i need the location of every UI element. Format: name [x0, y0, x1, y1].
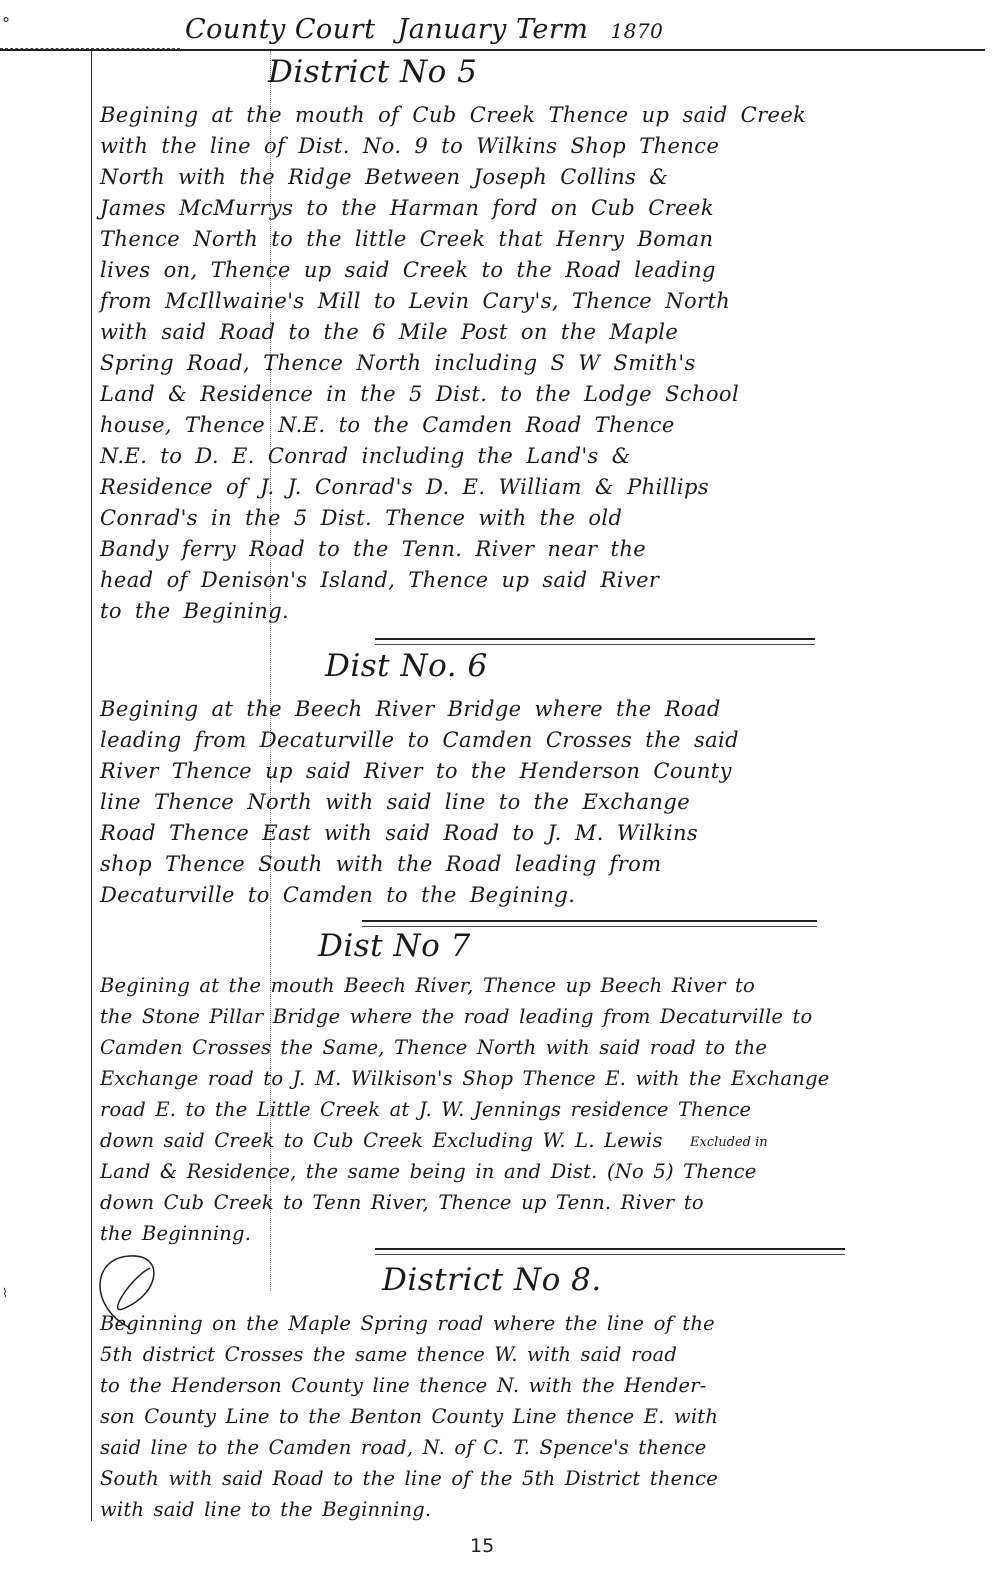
- text-line: with the line of Dist. No. 9 to Wilkins …: [100, 131, 900, 162]
- ledger-page: ° ⌇ County Court January Term 1870 Distr…: [0, 0, 1000, 1572]
- text-line: Camden Crosses the Same, Thence North wi…: [100, 1032, 900, 1063]
- text-line: Begining at the mouth of Cub Creek Thenc…: [100, 100, 900, 131]
- text-line: Residence of J. J. Conrad's D. E. Willia…: [100, 472, 900, 503]
- text-line: to the Begining.: [100, 596, 900, 627]
- section-separator: [375, 638, 815, 640]
- section-title-district-7: Dist No 7: [318, 928, 471, 964]
- text-line: Land & Residence, the same being in and …: [100, 1156, 900, 1187]
- text-line: to the Henderson County line thence N. w…: [100, 1370, 900, 1401]
- text-line: line Thence North with said line to the …: [100, 787, 900, 818]
- term-name: January Term: [397, 14, 588, 45]
- text-line: said line to the Camden road, N. of C. T…: [100, 1432, 900, 1463]
- page-number: 15: [470, 1535, 494, 1557]
- section-separator: [375, 1248, 845, 1250]
- text-line: Land & Residence in the 5 Dist. to the L…: [100, 379, 900, 410]
- text-line: Spring Road, Thence North including S W …: [100, 348, 900, 379]
- text-line: Beginning on the Maple Spring road where…: [100, 1308, 900, 1339]
- section-separator: [375, 1254, 845, 1255]
- section-body-district-7: Begining at the mouth Beech River, Thenc…: [100, 970, 900, 1249]
- section-body-district-6: Begining at the Beech River Bridge where…: [100, 694, 900, 911]
- header-rule: [0, 49, 985, 51]
- text-line: Begining at the mouth Beech River, Thenc…: [100, 970, 900, 1001]
- header-rule-dashed: [0, 48, 180, 49]
- text-line: South with said Road to the line of the …: [100, 1463, 900, 1494]
- text-line: 5th district Crosses the same thence W. …: [100, 1339, 900, 1370]
- text-line: with said line to the Beginning.: [100, 1494, 900, 1525]
- text-line: N.E. to D. E. Conrad including the Land'…: [100, 441, 900, 472]
- text-line: down said Creek to Cub Creek Excluding W…: [100, 1125, 900, 1156]
- text-line: from McIllwaine's Mill to Levin Cary's, …: [100, 286, 900, 317]
- text-line: Bandy ferry Road to the Tenn. River near…: [100, 534, 900, 565]
- section-title-district-6: Dist No. 6: [325, 648, 488, 684]
- text-line: head of Denison's Island, Thence up said…: [100, 565, 900, 596]
- margin-mark: ⌇: [2, 1286, 8, 1300]
- text-line: Exchange road to J. M. Wilkison's Shop T…: [100, 1063, 900, 1094]
- section-body-district-5: Begining at the mouth of Cub Creek Thenc…: [100, 100, 900, 627]
- text-line: James McMurrys to the Harman ford on Cub…: [100, 193, 900, 224]
- section-title-district-8: District No 8.: [382, 1262, 602, 1298]
- text-line: shop Thence South with the Road leading …: [100, 849, 900, 880]
- term-year: 1870: [610, 19, 663, 43]
- text-line: Decaturville to Camden to the Begining.: [100, 880, 900, 911]
- section-separator: [375, 644, 815, 645]
- text-line: road E. to the Little Creek at J. W. Jen…: [100, 1094, 900, 1125]
- section-separator: [362, 926, 817, 927]
- text-line: Thence North to the little Creek that He…: [100, 224, 900, 255]
- text-line: Conrad's in the 5 Dist. Thence with the …: [100, 503, 900, 534]
- text-line: River Thence up said River to the Hender…: [100, 756, 900, 787]
- text-line: the Stone Pillar Bridge where the road l…: [100, 1001, 900, 1032]
- text-line: lives on, Thence up said Creek to the Ro…: [100, 255, 900, 286]
- section-body-district-8: Beginning on the Maple Spring road where…: [100, 1308, 900, 1525]
- page-header: County Court January Term 1870: [185, 14, 805, 45]
- text-line: son County Line to the Benton County Lin…: [100, 1401, 900, 1432]
- margin-mark: °: [2, 14, 10, 33]
- text-line: down Cub Creek to Tenn River, Thence up …: [100, 1187, 900, 1218]
- section-title-district-5: District No 5: [268, 54, 477, 90]
- text-line: Begining at the Beech River Bridge where…: [100, 694, 900, 725]
- section-separator: [362, 920, 817, 922]
- text-line: leading from Decaturville to Camden Cros…: [100, 725, 900, 756]
- text-line: Road Thence East with said Road to J. M.…: [100, 818, 900, 849]
- text-line: house, Thence N.E. to the Camden Road Th…: [100, 410, 900, 441]
- text-line: the Beginning.: [100, 1218, 900, 1249]
- text-line: with said Road to the 6 Mile Post on the…: [100, 317, 900, 348]
- court-name: County Court: [185, 14, 375, 45]
- text-line: North with the Ridge Between Joseph Coll…: [100, 162, 900, 193]
